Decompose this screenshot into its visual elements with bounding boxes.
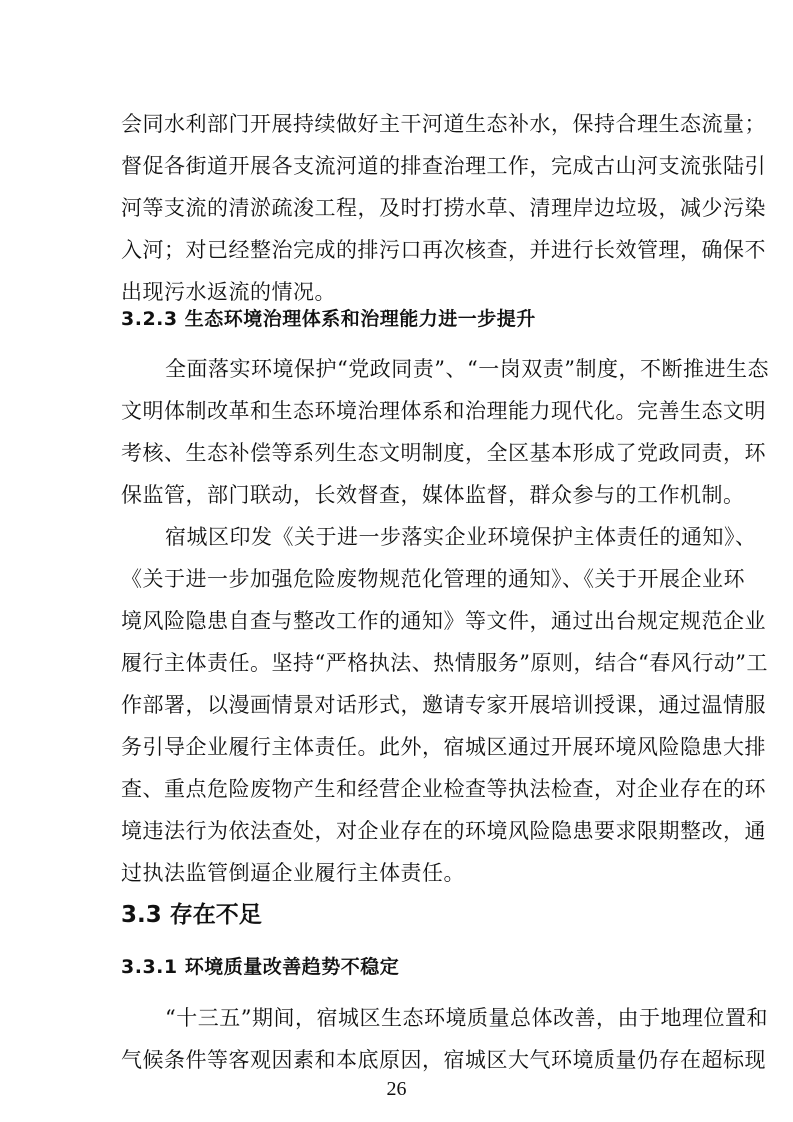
- paragraph-line: 查、重点危险废物产生和经营企业检查等执法检查，对企业存在的环: [121, 775, 672, 803]
- section-heading-3-3: 3.3 存在不足: [121, 900, 262, 930]
- paragraph-line: 境风险隐患自查与整改工作的通知》等文件，通过出台规定规范企业: [121, 607, 672, 635]
- paragraph-line: 全面落实环境保护“党政同责”、“一岗双责”制度，不断推进生态: [121, 355, 672, 383]
- paragraph-line: 入河；对已经整治完成的排污口再次核查，并进行长效管理，确保不: [121, 236, 672, 264]
- paragraph-line: 境违法行为依法查处，对企业存在的环境风险隐患要求限期整改，通: [121, 817, 672, 845]
- paragraph-line: 会同水利部门开展持续做好主干河道生态补水，保持合理生态流量；: [121, 110, 672, 138]
- paragraph-line: 督促各街道开展各支流河道的排查治理工作，完成古山河支流张陆引: [121, 152, 672, 180]
- paragraph-line: 保监管，部门联动，长效督查，媒体监督，群众参与的工作机制。: [121, 481, 672, 509]
- paragraph-line: 《关于进一步加强危险废物规范化管理的通知》、《关于开展企业环: [121, 565, 672, 593]
- paragraph-line: 作部署，以漫画情景对话形式，邀请专家开展培训授课，通过温情服: [121, 691, 672, 719]
- paragraph-line: “十三五”期间，宿城区生态环境质量总体改善，由于地理位置和: [121, 1004, 672, 1032]
- page-number: 26: [0, 1078, 793, 1101]
- paragraph-line: 考核、生态补偿等系列生态文明制度，全区基本形成了党政同责，环: [121, 439, 672, 467]
- paragraph-line: 过执法监管倒逼企业履行主体责任。: [121, 859, 672, 887]
- section-heading-3-2-3: 3.2.3 生态环境治理体系和治理能力进一步提升: [121, 306, 536, 332]
- paragraph-line: 文明体制改革和生态环境治理体系和治理能力现代化。完善生态文明: [121, 397, 672, 425]
- section-heading-3-3-1: 3.3.1 环境质量改善趋势不稳定: [121, 954, 399, 980]
- paragraph-line: 气候条件等客观因素和本底原因，宿城区大气环境质量仍存在超标现: [121, 1046, 672, 1074]
- paragraph-line: 出现污水返流的情况。: [121, 278, 672, 306]
- paragraph-line: 履行主体责任。坚持“严格执法、热情服务”原则，结合“春风行动”工: [121, 649, 672, 677]
- paragraph-line: 务引导企业履行主体责任。此外，宿城区通过开展环境风险隐患大排: [121, 733, 672, 761]
- paragraph-line: 河等支流的清淤疏浚工程，及时打捞水草、清理岸边垃圾，减少污染: [121, 194, 672, 222]
- paragraph-line: 宿城区印发《关于进一步落实企业环境保护主体责任的通知》、: [121, 523, 672, 551]
